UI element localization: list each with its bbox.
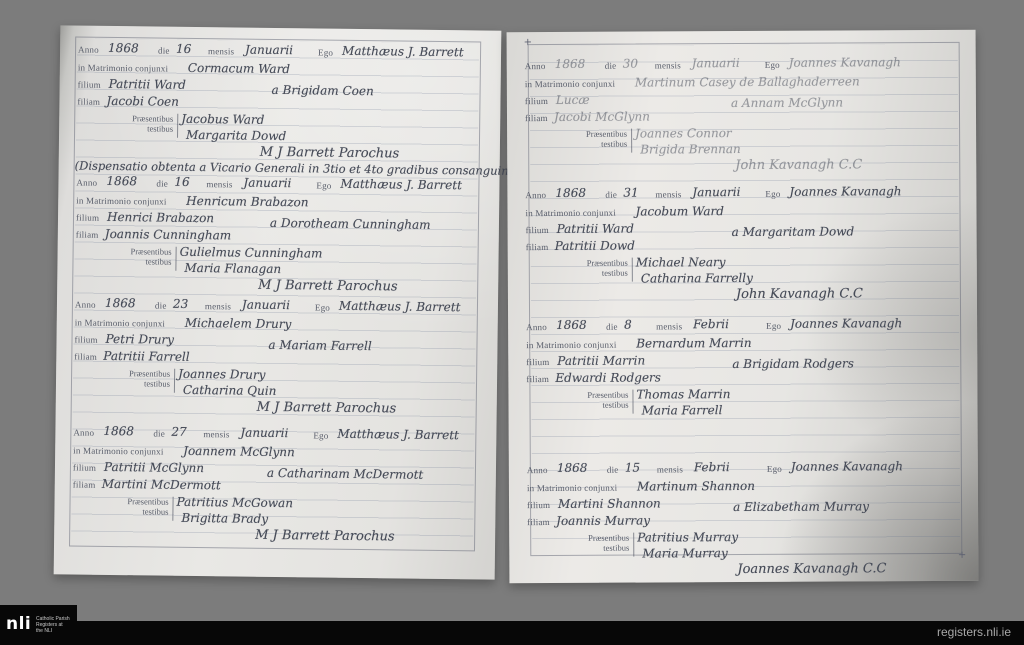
label-filium: filium <box>76 213 99 223</box>
groom-father-name: Patritii McGlynn <box>104 460 204 475</box>
anno-value: 1868 <box>557 461 588 475</box>
bride-name: a Catharinam McDermott <box>267 466 424 482</box>
mensis-value: Januarii <box>242 298 290 313</box>
label-ego: Ego <box>313 430 328 440</box>
bride-name: a Annam McGlynn <box>731 95 843 110</box>
priest-name: Matthæus J. Barrett <box>339 299 461 314</box>
die-value: 23 <box>173 297 188 311</box>
label-filium: filium <box>73 463 96 473</box>
priest-signature: John Kavanagh C.C <box>735 157 862 173</box>
die-value: 31 <box>623 186 638 200</box>
bride-name: a Elizabetham Murray <box>733 499 869 514</box>
label-anno: Anno <box>527 465 548 475</box>
register-photograph: Anno1868 die16 mensisJanuarii EgoMatthæu… <box>0 0 1024 645</box>
label-conjunxi: in Matrimonio conjunxi <box>76 196 167 207</box>
label-filium: filium <box>78 80 101 90</box>
priest-signature: M J Barrett Parochus <box>255 528 395 545</box>
label-mensis: mensis <box>205 301 231 311</box>
label-conjunxi: in Matrimonio conjunxi <box>525 208 615 218</box>
mensis-value: Febrii <box>693 317 729 331</box>
priest-signature: M J Barrett Parochus <box>260 145 400 162</box>
testibus-label: Præsentibustestibus <box>565 533 634 557</box>
label-ego: Ego <box>316 180 331 190</box>
testibus-label: Præsentibustestibus <box>563 129 632 153</box>
testibus-label-line2: testibus <box>109 123 173 134</box>
testibus-label-line2: testibus <box>106 378 170 389</box>
label-anno: Anno <box>525 61 546 71</box>
label-mensis: mensis <box>656 321 682 331</box>
anno-value: 1868 <box>555 57 586 71</box>
label-filium: filium <box>74 335 97 345</box>
groom-father-name: Henrici Brabazon <box>107 210 214 225</box>
anno-value: 1868 <box>105 296 136 310</box>
label-anno: Anno <box>525 190 546 200</box>
bride-father-name: Martini McDermott <box>102 477 221 492</box>
register-entry: Anno1868 die8 mensisFebrii EgoJoannes Ka… <box>524 318 966 466</box>
label-mensis: mensis <box>655 60 681 70</box>
testibus-label: Præsentibustestibus <box>564 258 633 282</box>
label-conjunxi: in Matrimonio conjunxi <box>75 318 166 329</box>
testibus-label-line1: Præsentibus <box>564 390 628 400</box>
die-value: 16 <box>174 175 189 189</box>
label-filiam: filiam <box>526 374 549 384</box>
label-die: die <box>156 179 168 189</box>
label-ego: Ego <box>765 189 780 199</box>
die-value: 27 <box>171 425 186 439</box>
label-filiam: filiam <box>74 352 97 362</box>
anno-value: 1868 <box>555 186 586 200</box>
groom-father-name: Patritii Ward <box>109 77 186 92</box>
nli-logo-block: nli Catholic Parish Registers at the NLI <box>0 605 77 645</box>
priest-name: Matthæus J. Barrett <box>342 44 464 59</box>
testibus-label: Præsentibustestibus <box>106 368 175 393</box>
testibus-label-line2: testibus <box>563 139 627 149</box>
groom-name: Martinum Casey de Ballaghaderreen <box>635 74 860 89</box>
testibus-label: Præsentibustestibus <box>109 113 178 138</box>
label-filium: filium <box>526 357 549 367</box>
bride-father-name: Jacobi McGlynn <box>554 109 650 124</box>
label-die: die <box>153 428 165 438</box>
witness-1-name: Joannes Connor <box>635 126 732 141</box>
bride-name: a Dorotheam Cunningham <box>270 216 431 232</box>
priest-name: Matthæus J. Barrett <box>337 427 459 442</box>
bride-father-name: Edwardi Rodgers <box>555 370 661 385</box>
witness-2-name: Maria Farrell <box>642 403 723 417</box>
label-conjunxi: in Matrimonio conjunxi <box>73 446 164 457</box>
testibus-label-line2: testibus <box>564 400 628 410</box>
label-conjunxi: in Matrimonio conjunxi <box>78 63 169 74</box>
label-ego: Ego <box>765 60 780 70</box>
label-mensis: mensis <box>657 464 683 474</box>
witness-2-name: Brigitta Brady <box>181 511 268 526</box>
register-entry: Anno1868 die30 mensisJanuarii EgoJoannes… <box>523 57 965 205</box>
label-anno: Anno <box>76 178 97 188</box>
priest-name: Joannes Kavanagh <box>789 55 901 70</box>
priest-signature: John Kavanagh C.C <box>736 286 863 302</box>
groom-name: Michaelem Drury <box>185 316 292 331</box>
nli-logo-caption: Catholic Parish Registers at the NLI <box>36 616 70 634</box>
bride-name: a Mariam Farrell <box>268 338 371 353</box>
anno-value: 1868 <box>556 318 587 332</box>
label-conjunxi: in Matrimonio conjunxi <box>526 340 616 350</box>
witness-2-name: Brigida Brennan <box>640 142 741 157</box>
groom-father-name: Petri Drury <box>105 332 174 347</box>
label-filiam: filiam <box>73 480 96 490</box>
label-die: die <box>605 190 617 200</box>
nli-logo-icon: nli <box>6 614 31 634</box>
groom-name: Joannem McGlynn <box>183 444 295 459</box>
anno-value: 1868 <box>108 41 139 55</box>
label-mensis: mensis <box>203 429 229 439</box>
witness-1-name: Gulielmus Cunningham <box>180 245 323 261</box>
label-ego: Ego <box>767 464 782 474</box>
priest-signature: Joannes Kavanagh C.C <box>737 561 886 577</box>
label-filiam: filiam <box>525 113 548 123</box>
label-mensis: mensis <box>655 189 681 199</box>
testibus-label-line1: Præsentibus <box>565 533 629 543</box>
witness-2-name: Maria Flanagan <box>184 261 281 276</box>
label-die: die <box>605 61 617 71</box>
priest-signature: M J Barrett Parochus <box>257 400 397 417</box>
label-anno: Anno <box>75 300 96 310</box>
testibus-label-line2: testibus <box>564 268 628 278</box>
witness-2-name: Maria Murray <box>642 546 727 560</box>
witness-2-name: Margarita Dowd <box>186 128 286 143</box>
priest-name: Matthæus J. Barrett <box>340 177 462 192</box>
left-page: Anno1868 die16 mensisJanuarii EgoMatthæu… <box>54 25 502 579</box>
testibus-label-line1: Præsentibus <box>563 129 627 139</box>
testibus-label: Præsentibustestibus <box>564 390 633 414</box>
register-entry: Anno1868 die27 mensisJanuarii EgoMatthæu… <box>70 425 485 576</box>
label-conjunxi: in Matrimonio conjunxi <box>527 483 617 493</box>
mensis-value: Januarii <box>240 426 288 441</box>
label-anno: Anno <box>78 45 99 55</box>
groom-name: Martinum Shannon <box>637 479 755 494</box>
label-filiam: filiam <box>77 97 100 107</box>
witness-1-name: Patritius Murray <box>637 530 738 545</box>
label-anno: Anno <box>526 322 547 332</box>
mensis-value: Januarii <box>245 43 293 58</box>
label-die: die <box>158 46 170 56</box>
bride-father-name: Joannis Cunningham <box>105 227 232 243</box>
witness-1-name: Jacobus Ward <box>181 112 264 127</box>
anno-value: 1868 <box>103 424 134 438</box>
register-entry: Anno1868 die15 mensisFebrii EgoJoannes K… <box>525 461 967 609</box>
label-filium: filium <box>527 500 550 510</box>
label-filiam: filiam <box>526 242 549 252</box>
witness-1-name: Patritius McGowan <box>176 495 293 510</box>
corner-mark: + <box>524 37 532 48</box>
label-conjunxi: in Matrimonio conjunxi <box>525 79 615 89</box>
dispensation-note: (Dispensatio obtenta a Vicario Generali … <box>75 159 542 179</box>
label-mensis: mensis <box>206 179 232 189</box>
mensis-value: Januarii <box>243 176 291 191</box>
bride-father-name: Joannis Murray <box>556 513 650 527</box>
mensis-value: Febrii <box>694 460 730 474</box>
footer-bar: registers.nli.ie <box>0 621 1024 645</box>
label-filiam: filiam <box>76 230 99 240</box>
right-page: + + Anno1868 die30 mensisJanuarii EgoJoa… <box>507 30 979 583</box>
testibus-label-line2: testibus <box>104 506 168 517</box>
groom-father-name: Lucæ <box>556 93 590 107</box>
testibus-label-line1: Præsentibus <box>564 258 628 268</box>
priest-name: Joannes Kavanagh <box>791 459 903 474</box>
bride-name: a Brigidam Coen <box>272 83 374 98</box>
testibus-label: Præsentibustestibus <box>107 246 176 271</box>
label-anno: Anno <box>73 428 94 438</box>
die-value: 30 <box>623 57 638 71</box>
groom-name: Bernardum Marrin <box>636 336 751 351</box>
register-entry: Anno1868 die16 mensisJanuarii EgoMatthæu… <box>74 43 489 194</box>
bride-father-name: Jacobi Coen <box>106 94 179 109</box>
label-die: die <box>607 465 619 475</box>
priest-name: Joannes Kavanagh <box>789 184 901 199</box>
testibus-label: Præsentibustestibus <box>104 496 173 521</box>
label-ego: Ego <box>318 47 333 57</box>
groom-father-name: Patritii Ward <box>557 222 634 236</box>
die-value: 16 <box>176 42 191 56</box>
label-ego: Ego <box>766 321 781 331</box>
anno-value: 1868 <box>106 174 137 188</box>
groom-name: Jacobum Ward <box>635 204 723 218</box>
witness-1-name: Michael Neary <box>636 255 726 269</box>
mensis-value: Januarii <box>692 56 740 70</box>
witness-1-name: Thomas Marrin <box>636 387 730 401</box>
groom-name: Cormacum Ward <box>188 61 290 76</box>
die-value: 8 <box>624 318 632 332</box>
site-url: registers.nli.ie <box>937 625 1011 639</box>
witness-2-name: Catharina Farrelly <box>641 271 753 286</box>
bride-father-name: Patritii Dowd <box>555 239 635 253</box>
bride-name: a Brigidam Rodgers <box>732 356 854 371</box>
label-die: die <box>155 301 167 311</box>
mensis-value: Januarii <box>692 185 740 199</box>
bride-name: a Margaritam Dowd <box>732 224 855 239</box>
die-value: 15 <box>625 461 640 475</box>
register-entry: Anno1868 die31 mensisJanuarii EgoJoannes… <box>523 186 965 334</box>
groom-name: Henricum Brabazon <box>186 194 309 209</box>
groom-father-name: Martini Shannon <box>558 496 661 511</box>
priest-name: Joannes Kavanagh <box>790 316 902 331</box>
label-filiam: filiam <box>527 517 550 527</box>
witness-1-name: Joannes Drury <box>178 367 265 382</box>
groom-father-name: Patritii Marrin <box>557 354 645 368</box>
label-die: die <box>606 322 618 332</box>
witness-2-name: Catharina Quin <box>183 383 277 398</box>
label-mensis: mensis <box>208 46 234 56</box>
label-filium: filium <box>525 96 548 106</box>
priest-signature: M J Barrett Parochus <box>258 278 398 295</box>
testibus-label-line2: testibus <box>107 256 171 267</box>
testibus-label-line2: testibus <box>565 543 629 553</box>
label-filium: filium <box>526 225 549 235</box>
label-ego: Ego <box>315 302 330 312</box>
bride-father-name: Patritii Farrell <box>103 349 189 364</box>
